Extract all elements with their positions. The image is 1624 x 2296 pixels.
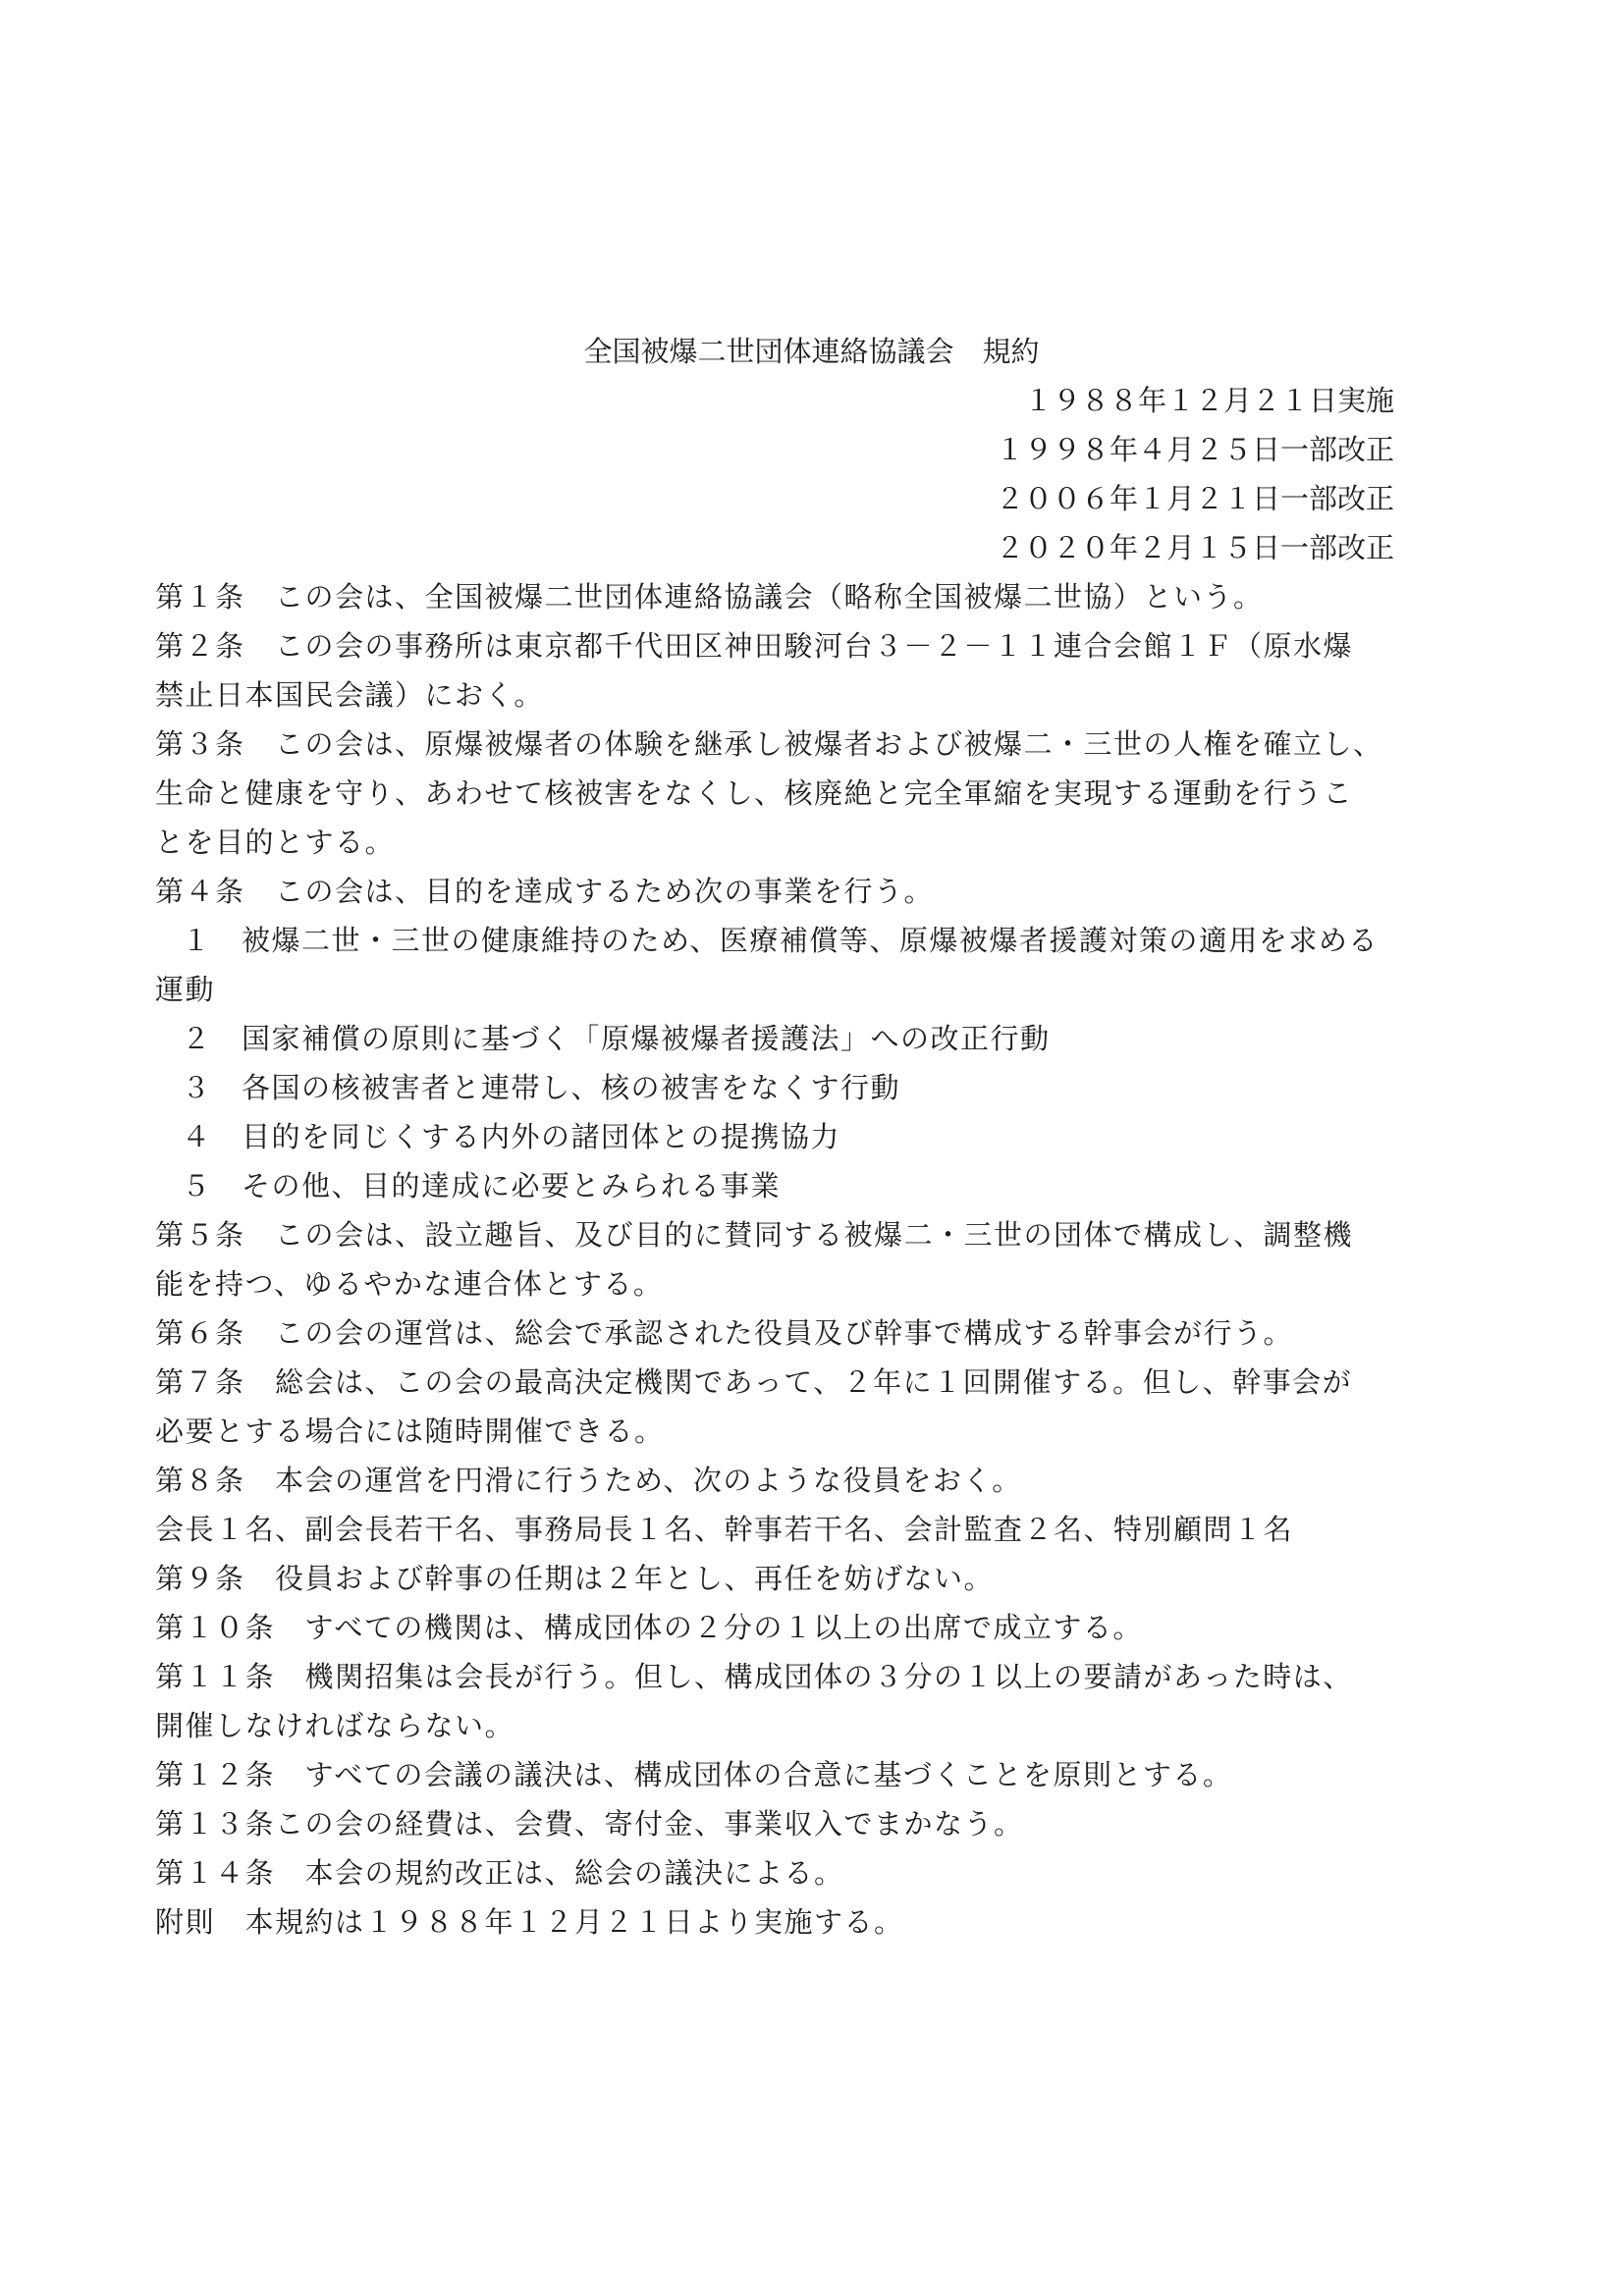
revision-dates: １９８８年１２月２１日実施１９９８年４月２５日一部改正２００６年１月２１日一部改… bbox=[155, 376, 1468, 572]
body-line: 附則 本規約は１９８８年１２月２１日より実施する。 bbox=[155, 1897, 1468, 1947]
body-line: 第１４条 本会の規約改正は、総会の議決による。 bbox=[155, 1848, 1468, 1897]
body-line: 第９条 役員および幹事の任期は２年とし、再任を妨げない。 bbox=[155, 1554, 1468, 1603]
body-line: 第１１条 機関招集は会長が行う。但し、構成団体の３分の１以上の要請があった時は、 bbox=[155, 1652, 1468, 1701]
document-body: 第１条 この会は、全国被爆二世団体連絡協議会（略称全国被爆二世協）という。第２条… bbox=[155, 572, 1468, 1947]
body-line: 第１３条この会の経費は、会費、寄付金、事業収入でまかなう。 bbox=[155, 1799, 1468, 1848]
body-line: １ 被爆二世・三世の健康維持のため、医療補償等、原爆被爆者援護対策の適用を求める bbox=[155, 916, 1468, 965]
revision-date-line: １９９８年４月２５日一部改正 bbox=[155, 425, 1394, 474]
body-line: 第４条 この会は、目的を達成するため次の事業を行う。 bbox=[155, 867, 1468, 916]
body-line: 開催しなければならない。 bbox=[155, 1701, 1468, 1750]
body-line: ３ 各国の核被害者と連帯し、核の被害をなくす行動 bbox=[155, 1063, 1468, 1112]
body-line: 禁止日本国民会議）におく。 bbox=[155, 670, 1468, 720]
revision-date-line: ２０２０年２月１５日一部改正 bbox=[155, 523, 1394, 572]
body-line: 能を持つ、ゆるやかな連合体とする。 bbox=[155, 1259, 1468, 1308]
body-line: 第１０条 すべての機関は、構成団体の２分の１以上の出席で成立する。 bbox=[155, 1603, 1468, 1652]
revision-date-line: ２００６年１月２１日一部改正 bbox=[155, 474, 1394, 523]
body-line: 第１２条 すべての会議の議決は、構成団体の合意に基づくことを原則とする。 bbox=[155, 1750, 1468, 1799]
body-line: ２ 国家補償の原則に基づく「原爆被爆者援護法」への改正行動 bbox=[155, 1014, 1468, 1063]
body-line: 第３条 この会は、原爆被爆者の体験を継承し被爆者および被爆二・三世の人権を確立し… bbox=[155, 720, 1468, 769]
body-line: 第８条 本会の運営を円滑に行うため、次のような役員をおく。 bbox=[155, 1456, 1468, 1505]
body-line: 第５条 この会は、設立趣旨、及び目的に賛同する被爆二・三世の団体で構成し、調整機 bbox=[155, 1210, 1468, 1259]
body-line: 第１条 この会は、全国被爆二世団体連絡協議会（略称全国被爆二世協）という。 bbox=[155, 572, 1468, 621]
document-title: 全国被爆二世団体連絡協議会 規約 bbox=[155, 327, 1468, 376]
body-line: 運動 bbox=[155, 965, 1468, 1014]
body-line: 第２条 この会の事務所は東京都千代田区神田駿河台３－２－１１連合会館１Ｆ（原水爆 bbox=[155, 621, 1468, 670]
body-line: ５ その他、目的達成に必要とみられる事業 bbox=[155, 1161, 1468, 1210]
revision-date-line: １９８８年１２月２１日実施 bbox=[155, 376, 1394, 425]
document-content: 全国被爆二世団体連絡協議会 規約 １９８８年１２月２１日実施１９９８年４月２５日… bbox=[155, 327, 1468, 1947]
body-line: ４ 目的を同じくする内外の諸団体との提携協力 bbox=[155, 1112, 1468, 1161]
body-line: とを目的とする。 bbox=[155, 818, 1468, 867]
body-line: 第７条 総会は、この会の最高決定機関であって、２年に１回開催する。但し、幹事会が bbox=[155, 1358, 1468, 1407]
document-page: 全国被爆二世団体連絡協議会 規約 １９８８年１２月２１日実施１９９８年４月２５日… bbox=[0, 0, 1624, 2296]
body-line: 会長１名、副会長若干名、事務局長１名、幹事若干名、会計監査２名、特別顧問１名 bbox=[155, 1505, 1468, 1554]
body-line: 第６条 この会の運営は、総会で承認された役員及び幹事で構成する幹事会が行う。 bbox=[155, 1308, 1468, 1358]
body-line: 生命と健康を守り、あわせて核被害をなくし、核廃絶と完全軍縮を実現する運動を行うこ bbox=[155, 769, 1468, 818]
body-line: 必要とする場合には随時開催できる。 bbox=[155, 1407, 1468, 1456]
